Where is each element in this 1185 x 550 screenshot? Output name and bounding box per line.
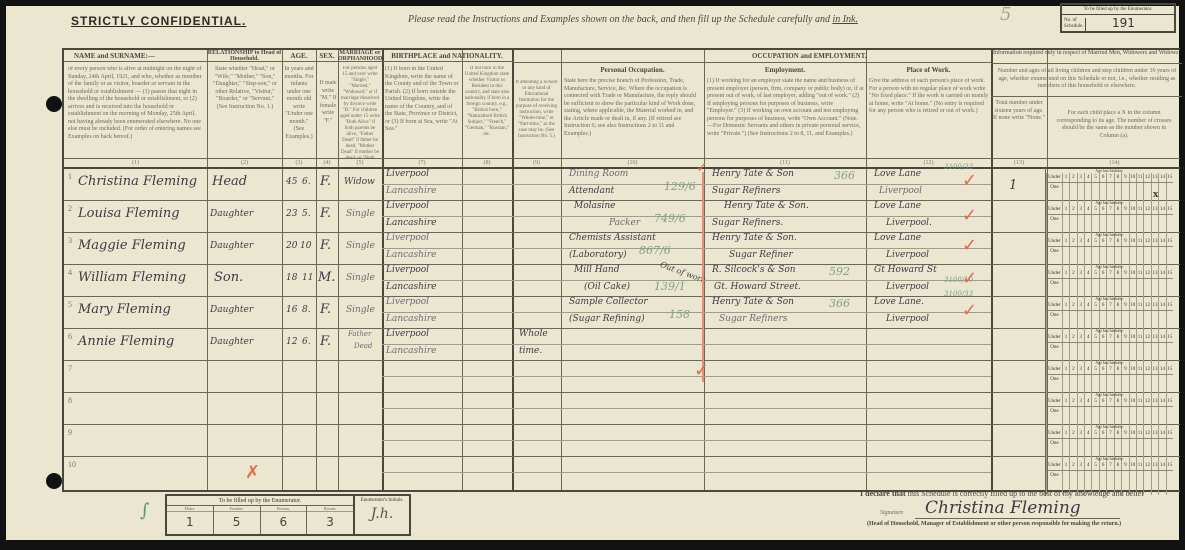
occupation-line1: Sample Collector — [569, 297, 648, 307]
birthplace-county: Lancashire — [386, 250, 436, 260]
schedule-number: 191 — [1112, 16, 1135, 30]
person-name: Louisa Fleming — [78, 206, 180, 221]
person-name: Mary Fleming — [78, 302, 171, 317]
age-grid-headers: Under One123456789101112131415 — [1046, 397, 1173, 407]
row-divider — [64, 328, 1180, 329]
row-number: 7 — [68, 364, 72, 373]
person-age-years: 12 — [286, 337, 297, 347]
person-sex: M. — [318, 270, 335, 285]
desc-birthplace: (1) If born in the United Kingdom, write… — [385, 66, 461, 158]
person-relationship: Daughter — [210, 305, 253, 315]
row-divider — [991, 96, 1182, 97]
males-cell: Males.1 — [167, 506, 213, 534]
row-number: 8 — [68, 396, 72, 405]
occupation-code: 749/6 — [654, 212, 686, 225]
initials-label: Enumerator's Initials. — [355, 496, 409, 506]
sub-divider — [382, 344, 991, 345]
schedule-number-box: To be filled up by the Enumerator. No. o… — [1060, 3, 1176, 33]
red-check-icon: ✓ — [962, 300, 977, 321]
col-number: (4) — [316, 160, 338, 166]
employer-line1: Henry Tate & Son — [712, 297, 794, 307]
person-age-months: 8. — [302, 305, 311, 315]
person-age-months: 10 — [300, 241, 311, 251]
age-grid-headers: Under One123456789101112131415 — [1046, 365, 1173, 375]
females-count: 5 — [214, 512, 260, 532]
red-check-icon: ✓ — [696, 160, 708, 176]
birthplace-county: Lancashire — [386, 314, 436, 324]
person-sex: F. — [320, 238, 331, 253]
occupation-line1: Dining Room — [569, 169, 628, 179]
desc-age: In years and months. For infants under o… — [284, 66, 314, 158]
row-number: 3 — [68, 236, 72, 245]
header-name: NAME and SURNAME:— — [64, 50, 207, 62]
workplace-line2: Liverpool — [886, 282, 929, 292]
age-cell: Under One — [1046, 173, 1062, 182]
row-divider — [64, 200, 1180, 201]
row-number: 5 — [68, 300, 72, 309]
header-marriage: MARRIAGE or ORPHANHOOD. — [338, 50, 382, 62]
person-age-months: 5. — [302, 209, 311, 219]
schedule-box-label: No. of Schedule. — [1064, 18, 1086, 32]
employer-line1: Henry Tate & Son — [712, 169, 794, 179]
age-grid-headers: Under One 123456789101112131415 — [1046, 173, 1173, 183]
workplace-line1: Love Lane — [874, 201, 921, 211]
declaration-text: I declare that this Schedule is correctl… — [860, 489, 1144, 498]
employer-line1: R. Silcock's & Son — [712, 265, 796, 275]
workplace-line1: Love Lane. — [874, 297, 924, 307]
red-check-icon: ✓ — [962, 235, 977, 256]
red-cross-icon: ✗ — [245, 462, 260, 483]
schooling-line1: Whole — [519, 329, 548, 339]
desc-relationship: State whether "Head," or "Wife," "Mother… — [210, 66, 280, 158]
age-grid-headers: Under One123456789101112131415 — [1046, 205, 1173, 215]
col-number: (2) — [207, 160, 282, 166]
sub-divider — [382, 216, 991, 217]
sub-divider — [382, 280, 991, 281]
age-cell: 9 — [1121, 173, 1128, 182]
person-marital: Single — [346, 241, 375, 251]
person-age-months: 6. — [302, 177, 311, 187]
person-marital-line2: Dead — [354, 342, 372, 350]
person-age-years: 18 — [286, 273, 297, 283]
occupation-line2: (Sugar Refining) — [569, 314, 645, 324]
red-check-icon: ✓ — [962, 170, 977, 191]
row-divider — [64, 360, 1180, 361]
header-personal-occupation: Personal Occupation. — [561, 64, 704, 76]
desc-nationality: If not born in the United Kingdom state … — [464, 66, 510, 158]
header-relationship: RELATIONSHIP to Head of Household. — [207, 50, 282, 62]
header-employment: Employment. — [704, 64, 866, 76]
person-marital: Single — [346, 209, 375, 219]
child-cross-mark: x — [1153, 188, 1159, 200]
col-number: (10) — [561, 160, 704, 166]
birthplace-town: Liverpool — [386, 169, 429, 179]
occupation-line1: Molasine — [574, 201, 616, 211]
sub-divider — [382, 376, 991, 377]
birthplace-town: Liverpool — [386, 201, 429, 211]
enumerator-initials: J.h. — [355, 506, 409, 522]
row-divider — [64, 456, 1180, 457]
col-number: (9) — [512, 160, 561, 166]
person-age-years: 16 — [286, 305, 297, 315]
males-count: 1 — [167, 512, 213, 532]
age-cell: 1 — [1062, 173, 1069, 182]
employer-line2: Sugar Refiners — [712, 186, 780, 196]
header-sex: SEX. — [316, 50, 338, 62]
row-number: 6 — [68, 332, 72, 341]
col-number: (11) — [704, 160, 866, 166]
col-number: (7) — [382, 160, 462, 166]
person-relationship: Daughter — [210, 209, 253, 219]
signature: Christina Fleming — [925, 498, 1081, 518]
person-name: Christina Fleming — [78, 174, 197, 189]
person-marital: Widow — [344, 177, 375, 187]
age-grid-headers: Under One123456789101112131415 — [1046, 269, 1173, 279]
workplace-line1: Love Lane — [874, 169, 921, 179]
age-cell: 12 — [1143, 173, 1150, 182]
header-birthplace: BIRTHPLACE and NATIONALITY. — [382, 50, 512, 62]
person-relationship: Daughter — [210, 337, 253, 347]
occupation-code: 129/6 — [664, 180, 696, 193]
age-grid-headers: Under One123456789101112131415 — [1046, 429, 1173, 439]
workplace-line1: Love Lane — [874, 233, 921, 243]
age-grid-headers: Under One123456789101112131415 — [1046, 333, 1173, 343]
age-cell: 14 — [1158, 173, 1165, 182]
header-age: AGE. — [282, 50, 316, 62]
row-number: 2 — [68, 204, 72, 213]
desc-personal-occupation: State here the precise branch of Profess… — [564, 78, 702, 158]
birthplace-town: Liverpool — [386, 297, 429, 307]
enumerator-initials-box: Enumerator's Initials. J.h. — [355, 494, 411, 536]
age-cell: 4 — [1084, 173, 1091, 182]
persons-count: 6 — [261, 512, 307, 532]
person-relationship: Son. — [214, 270, 243, 285]
fill-instructions: Please read the Instructions and Example… — [408, 14, 858, 25]
row-divider — [64, 158, 1180, 159]
age-cell: 10 — [1129, 173, 1136, 182]
header-place-of-work: Place of Work. — [866, 64, 991, 76]
occupation-line2: (Oil Cake) — [584, 282, 630, 292]
workplace-line2: Liverpool — [879, 186, 922, 196]
employer-code: 592 — [829, 265, 850, 278]
col-number: (1) — [64, 160, 207, 166]
age-grid-headers: Under One123456789101112131415 — [1046, 461, 1173, 471]
col-number: (8) — [462, 160, 512, 166]
signature-subtext: (Head of Household, Manager of Establish… — [867, 521, 1121, 527]
person-name: Maggie Fleming — [78, 238, 186, 253]
occupation-line2: Packer — [609, 218, 640, 228]
desc-name: of every person who is alive at midnight… — [68, 66, 204, 158]
age-cell: 6 — [1099, 173, 1106, 182]
schooling-line2: time. — [519, 346, 542, 356]
red-check-icon: ✓ — [694, 360, 709, 381]
census-form-table: NAME and SURNAME:— RELATIONSHIP to Head … — [62, 48, 1180, 492]
punch-hole — [46, 96, 62, 112]
person-relationship: Head — [212, 174, 247, 189]
person-sex: F. — [320, 174, 331, 189]
person-name: William Fleming — [78, 270, 186, 285]
enumerator-totals-box: To be filled up by the Enumerator. Males… — [165, 494, 355, 536]
person-relationship: Daughter — [210, 241, 253, 251]
birthplace-county: Lancashire — [386, 346, 436, 356]
green-tick-mark: ∫ — [140, 500, 149, 521]
row-divider — [64, 264, 1180, 265]
person-sex: F. — [320, 302, 331, 317]
row-number: 4 — [68, 268, 72, 277]
employer-line2: Sugar Refiners. — [712, 218, 783, 228]
sub-divider — [382, 408, 991, 409]
row-divider — [512, 62, 991, 63]
desc-sex: If male write "M." If female write "F." — [319, 80, 337, 150]
person-age-months: 6. — [302, 337, 311, 347]
row-number: 1 — [68, 172, 72, 181]
occupation-line2: (Laboratory) — [569, 250, 627, 260]
header-occupation: OCCUPATION and EMPLOYMENT. — [512, 50, 991, 62]
desc-children-ages: For each child place a X in the column c… — [1054, 110, 1174, 158]
occupation-code: 867/6 — [639, 244, 671, 257]
desc-marriage: For persons aged 15 and over write "Sing… — [340, 66, 380, 158]
employer-line1: Henry Tate & Son. — [712, 233, 797, 243]
person-sex: F. — [320, 206, 331, 221]
employer-line2: Sugar Refiner — [729, 250, 793, 260]
birthplace-county: Lancashire — [386, 282, 436, 292]
red-check-icon: ✓ — [962, 268, 977, 289]
age-cell: 8 — [1114, 173, 1121, 182]
row-number: 10 — [68, 460, 76, 469]
person-age-years: 23 — [286, 209, 297, 219]
person-age-years: 45 — [286, 177, 297, 187]
person-age-years: 20 — [286, 241, 297, 251]
desc-employment: (1) If working for an employer state the… — [707, 78, 864, 158]
workplace-code: 3100/33 — [944, 290, 973, 298]
document-title: STRICTLY CONFIDENTIAL. — [71, 14, 246, 28]
row-divider — [64, 392, 1180, 393]
birthplace-county: Lancashire — [386, 186, 436, 196]
workplace-line2: Liverpool. — [886, 218, 932, 228]
pencil-mark: 5 — [1000, 4, 1011, 25]
occupation-line2: Attendant — [569, 186, 614, 196]
col-number: (3) — [282, 160, 316, 166]
punch-hole — [46, 473, 62, 489]
desc-schooling: If attending a School or any kind of Edu… — [514, 80, 559, 158]
row-divider — [64, 424, 1180, 425]
person-marital: Single — [346, 273, 375, 283]
persons-cell: Persons.6 — [260, 506, 307, 534]
occupation-line1: Chemists Assistant — [569, 233, 656, 243]
sub-divider — [382, 248, 991, 249]
desc-children-total: Total number under sixteen years of age.… — [993, 100, 1045, 158]
employer-line1: Henry Tate & Son. — [724, 201, 809, 211]
employer-line2: Gt. Howard Street. — [714, 282, 801, 292]
age-cell: 7 — [1106, 173, 1113, 182]
females-cell: Females.5 — [213, 506, 260, 534]
employer-code: 366 — [829, 297, 850, 310]
occupation-code: 139/1 — [654, 280, 686, 293]
desc-children-number: Number and ages of all living children a… — [994, 68, 1180, 94]
occupation-code: 158 — [669, 308, 690, 321]
age-cell: 11 — [1136, 173, 1143, 182]
birthplace-county: Lancashire — [386, 218, 436, 228]
age-cell: 2 — [1069, 173, 1076, 182]
signature-line — [915, 518, 1120, 519]
workplace-line2: Liverpool — [886, 314, 929, 324]
signature-label: Signature — [880, 510, 903, 516]
col-number: (14) — [1047, 160, 1182, 166]
col-number: (13) — [991, 160, 1047, 166]
person-name: Annie Fleming — [78, 334, 174, 349]
header-children-info: Information required only in respect of … — [991, 50, 1182, 64]
employer-line2: Sugar Refiners — [719, 314, 787, 324]
age-cell: 15 — [1166, 173, 1173, 182]
red-check-icon: ✓ — [962, 205, 977, 226]
workplace-line1: Gt Howard St — [874, 265, 937, 275]
occupation-line1: Mill Hand — [574, 265, 619, 275]
birthplace-town: Liverpool — [386, 233, 429, 243]
children-total: 1 — [1009, 178, 1017, 193]
age-cell: 13 — [1151, 173, 1158, 182]
rooms-count: 3 — [307, 512, 353, 532]
age-cell: 3 — [1077, 173, 1084, 182]
sub-divider — [382, 440, 991, 441]
age-grid-headers: Under One123456789101112131415 — [1046, 301, 1173, 311]
birthplace-town: Liverpool — [386, 329, 429, 339]
row-number: 9 — [68, 428, 72, 437]
workplace-line2: Liverpool — [886, 250, 929, 260]
desc-place-of-work: Give the address of each person's place … — [869, 78, 989, 158]
col-number: (5) — [338, 160, 382, 166]
person-age-months: 11 — [302, 273, 313, 283]
employer-code: 366 — [834, 169, 855, 182]
birthplace-town: Liverpool — [386, 265, 429, 275]
sub-divider — [382, 472, 991, 473]
rooms-cell: Rooms.3 — [306, 506, 353, 534]
person-marital: Single — [346, 305, 375, 315]
person-marital-line1: Father — [348, 330, 371, 338]
person-sex: F. — [320, 334, 331, 349]
enumerator-heading: To be filled up by the Enumerator. — [167, 496, 353, 506]
age-cell: 5 — [1091, 173, 1098, 182]
schedule-box-heading: To be filled up by the Enumerator. — [1062, 5, 1174, 15]
age-grid-headers: Under One123456789101112131415 — [1046, 237, 1173, 247]
red-margin-line — [702, 172, 704, 382]
